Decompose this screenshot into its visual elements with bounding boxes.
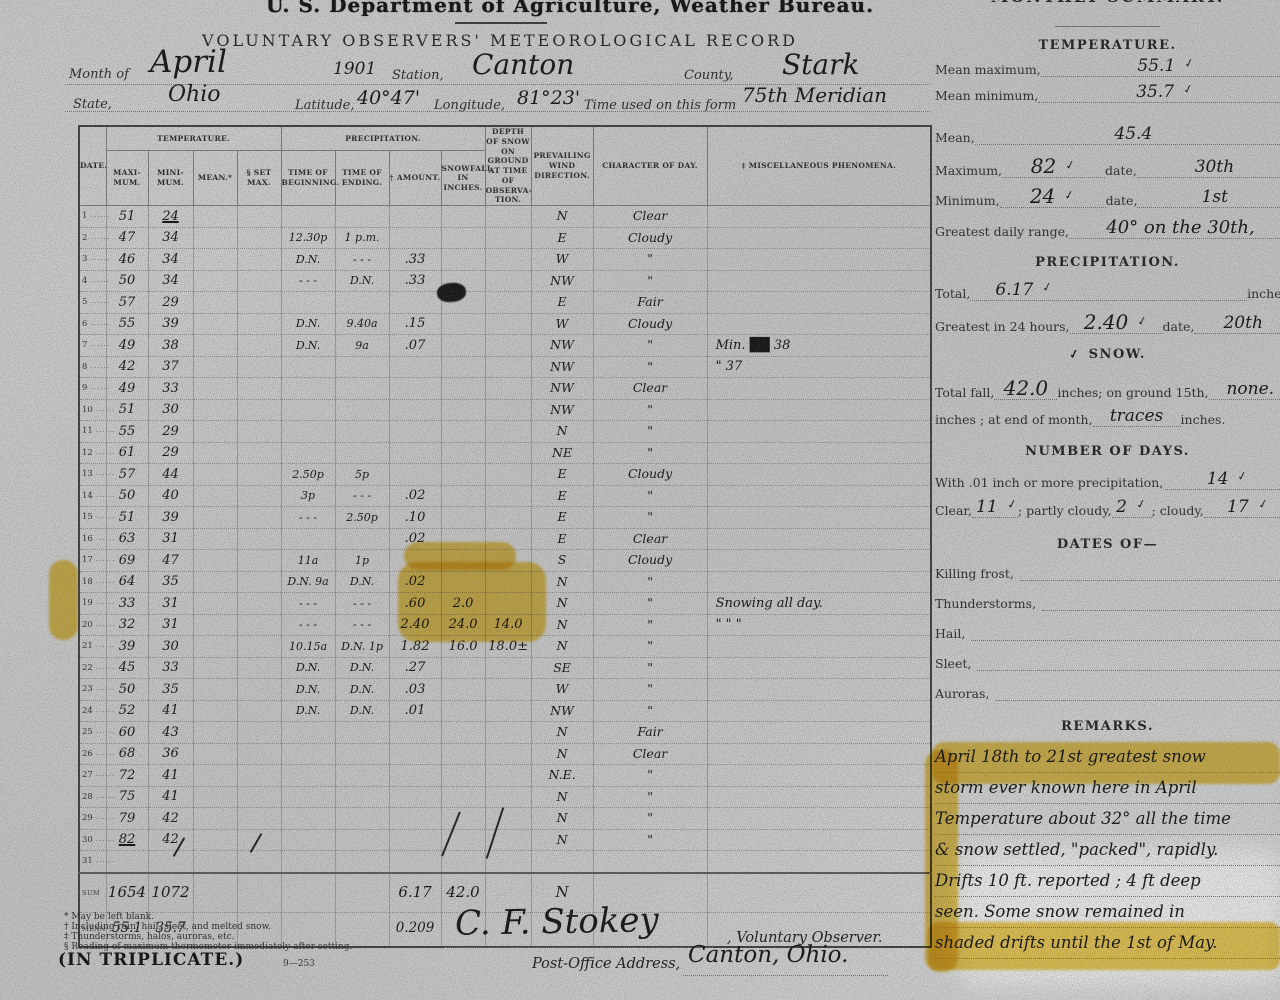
cell-sm <box>237 722 281 744</box>
cell-me <box>193 528 237 550</box>
cell-sf <box>441 786 485 808</box>
cell-am: 6.17 <box>389 873 441 913</box>
cell-ms: " " " <box>707 614 931 636</box>
col-group-precipitation: PRECIPITATION. <box>281 126 485 151</box>
cell-ms <box>707 292 931 314</box>
cell-ch: " <box>593 270 707 292</box>
cell-te <box>335 722 389 744</box>
cell-mn: 34 <box>148 249 193 271</box>
cell-tb: 12.30p <box>281 227 335 249</box>
col-header-amount: † AMOUNT. <box>389 151 441 206</box>
cell-me <box>193 292 237 314</box>
cell-am <box>389 851 441 873</box>
cell-sf <box>441 421 485 443</box>
cell-tb: D.N. <box>281 657 335 679</box>
cell-me <box>193 507 237 529</box>
cell-te <box>335 743 389 765</box>
cell-me <box>193 679 237 701</box>
cell-sf <box>441 808 485 830</box>
station-label: Station, <box>392 68 444 83</box>
cell-ms <box>707 270 931 292</box>
cell-ms: " 37 <box>707 356 931 378</box>
cell-dp <box>485 206 531 228</box>
cell-ch: " <box>593 657 707 679</box>
cell-d: 21 <box>79 636 106 658</box>
sleet-label: Sleet, <box>935 656 971 671</box>
cell-me <box>193 873 237 913</box>
precip-total-units: inches. <box>1247 286 1280 301</box>
table-row: 224533D.N.D.N..27SE" <box>79 657 931 679</box>
cell-ms <box>707 636 931 658</box>
cell-mn: 43 <box>148 722 193 744</box>
cell-am <box>389 808 441 830</box>
table-row: 1357442.50p5pECloudy <box>79 464 931 486</box>
cell-ch: Clear <box>593 743 707 765</box>
cell-sf <box>441 249 485 271</box>
cell-sf <box>441 765 485 787</box>
cell-dp <box>485 722 531 744</box>
precip-greatest-value: 2.40 <box>1070 312 1163 334</box>
cell-me <box>193 722 237 744</box>
cell-wd: W <box>531 313 593 335</box>
table-row: 245241D.N.D.N..01NW" <box>79 700 931 722</box>
cell-te <box>335 356 389 378</box>
cell-tb: D.N. <box>281 313 335 335</box>
snow-on-ground-value: none. <box>1209 381 1280 400</box>
cell-am: 0.209 <box>389 912 441 947</box>
cell-am <box>389 292 441 314</box>
cell-sm <box>237 421 281 443</box>
cell-sm <box>237 485 281 507</box>
cell-sm <box>237 292 281 314</box>
cell-sm <box>237 464 281 486</box>
cell-ch: " <box>593 421 707 443</box>
cell-tb <box>281 206 335 228</box>
cell-sm <box>237 851 281 873</box>
days-clear-value: 11 <box>972 499 1018 518</box>
cell-wd: NW <box>531 270 593 292</box>
days-cloudy-label: ; cloudy, <box>1152 503 1204 518</box>
latitude-value: 40°47' <box>357 87 420 109</box>
table-row: 55729EFair <box>79 292 931 314</box>
cell-d: Sum <box>79 873 106 913</box>
cell-am <box>389 421 441 443</box>
cell-dp <box>485 679 531 701</box>
cell-am <box>389 442 441 464</box>
footnote: † Including rain, hail, sleet, and melte… <box>64 922 352 932</box>
cell-sm <box>237 593 281 615</box>
cell-te <box>335 829 389 851</box>
cell-te: - - - <box>335 614 389 636</box>
state-label: State, <box>73 97 112 112</box>
cell-wd: NW <box>531 700 593 722</box>
cell-mx: 46 <box>106 249 148 271</box>
cell-tb <box>281 421 335 443</box>
cell-mx: 49 <box>106 335 148 357</box>
cell-ms <box>707 421 931 443</box>
dates-of-hail: Hail, <box>935 626 1280 641</box>
cell-ch: Clear <box>593 528 707 550</box>
minimum-date-value: 1st <box>1137 189 1280 208</box>
summary-title: MONTHLY SUMMARY. <box>935 0 1280 6</box>
cell-dp <box>485 378 531 400</box>
mean-minimum-label: Mean minimum, <box>935 88 1038 103</box>
cell-tb <box>281 399 335 421</box>
cell-me <box>193 270 237 292</box>
cell-me <box>193 614 237 636</box>
cell-ch: " <box>593 399 707 421</box>
cell-sm <box>237 206 281 228</box>
blank-line <box>971 626 1280 641</box>
mean-minimum-row: Mean minimum, 35.7 <box>935 84 1280 103</box>
cell-dp <box>485 743 531 765</box>
remarks-line: & snow settled, "packed", rapidly. <box>935 835 1280 866</box>
cell-mx: 57 <box>106 292 148 314</box>
cell-me <box>193 313 237 335</box>
cell-mn: 47 <box>148 550 193 572</box>
cell-te: D.N. <box>335 657 389 679</box>
cell-d: 29 <box>79 808 106 830</box>
cell-d: 8 <box>79 356 106 378</box>
cell-d: 31 <box>79 851 106 873</box>
cell-te: 1p <box>335 550 389 572</box>
mean-maximum-value: 55.1 <box>1041 58 1280 77</box>
mean-minimum-value: 35.7 <box>1038 84 1280 103</box>
cell-ch: " <box>593 700 707 722</box>
cell-me <box>193 851 237 873</box>
cell-dp <box>485 657 531 679</box>
cell-ch: Clear <box>593 378 707 400</box>
cell-mn: 33 <box>148 657 193 679</box>
cell-mx: 42 <box>106 356 148 378</box>
cell-dp <box>485 399 531 421</box>
cell-d: 30 <box>79 829 106 851</box>
remarks-line: shaded drifts until the 1st of May. <box>935 928 1280 959</box>
cell-ms <box>707 550 931 572</box>
cell-me <box>193 335 237 357</box>
blank-line <box>1020 566 1280 581</box>
cell-ms <box>707 829 931 851</box>
year-value: 1901 <box>333 59 376 79</box>
cell-mn: 34 <box>148 227 193 249</box>
cell-te: - - - <box>335 485 389 507</box>
cell-sm <box>237 636 281 658</box>
days-precip-label: With .01 inch or more precipitation, <box>935 475 1163 490</box>
cell-mx: 1654 <box>106 873 148 913</box>
cell-d: 2 <box>79 227 106 249</box>
mean-maximum-label: Mean maximum, <box>935 62 1041 77</box>
dates-of-thunderstorms: Thunderstorms, <box>935 596 1280 611</box>
thunderstorms-label: Thunderstorms, <box>935 596 1036 611</box>
cell-wd: N <box>531 743 593 765</box>
cell-ch: Fair <box>593 722 707 744</box>
cell-ch: " <box>593 571 707 593</box>
cell-dp <box>485 485 531 507</box>
cell-dp <box>485 270 531 292</box>
county-value: Stark <box>782 48 859 81</box>
cell-am: .33 <box>389 249 441 271</box>
cell-sf <box>441 399 485 421</box>
longitude-value: 81°23' <box>517 87 580 109</box>
cell-ch: Cloudy <box>593 313 707 335</box>
cell-wd: N.E. <box>531 765 593 787</box>
cell-mn: 41 <box>148 765 193 787</box>
cell-d: 14 <box>79 485 106 507</box>
cell-mx: 55 <box>106 313 148 335</box>
cell-am <box>389 829 441 851</box>
cell-sm <box>237 442 281 464</box>
time-used-value: 75th Meridian <box>742 83 887 107</box>
dates-of-auroras: Auroras, <box>935 686 1280 701</box>
highlight-left-margin <box>49 560 78 640</box>
cell-sm <box>237 313 281 335</box>
cell-te: 9a <box>335 335 389 357</box>
cell-ms <box>707 507 931 529</box>
col-header-misc: ‡ MISCELLANEOUS PHENOMENA. <box>707 126 931 206</box>
cell-sf <box>441 356 485 378</box>
cell-sm <box>237 528 281 550</box>
cell-tb <box>281 356 335 378</box>
cell-am: .02 <box>389 485 441 507</box>
cell-mn: 33 <box>148 378 193 400</box>
triplicate-note: (IN TRIPLICATE.) <box>58 950 244 970</box>
cell-te <box>335 808 389 830</box>
mean-row: Mean, 45.4 <box>935 126 1280 145</box>
cell-ch: " <box>593 356 707 378</box>
cell-d: 6 <box>79 313 106 335</box>
daily-range-row: Greatest daily range, 40° on the 30th, <box>935 219 1280 239</box>
cell-wd: N <box>531 206 593 228</box>
cell-mn: 24 <box>148 206 193 228</box>
snow-heading: SNOW. <box>935 347 1280 362</box>
cell-d: 15 <box>79 507 106 529</box>
cell-dp <box>485 249 531 271</box>
days-character-row: Clear, 11 ; partly cloudy, 2 ; cloudy, 1… <box>935 499 1280 518</box>
cell-tb: D.N. <box>281 700 335 722</box>
mean-label: Mean, <box>935 130 975 145</box>
cell-sm <box>237 270 281 292</box>
cell-te: - - - <box>335 593 389 615</box>
cell-te: 5p <box>335 464 389 486</box>
cell-mn: 31 <box>148 614 193 636</box>
remarks-line: storm ever known here in April <box>935 773 1280 804</box>
cell-mn: 42 <box>148 829 193 851</box>
cell-ms <box>707 378 931 400</box>
cell-tb: D.N. <box>281 249 335 271</box>
observer-signature: C. F. Stokey <box>455 900 659 944</box>
cell-te <box>335 528 389 550</box>
cell-ms <box>707 786 931 808</box>
cell-sm <box>237 507 281 529</box>
cell-wd: W <box>531 249 593 271</box>
cell-d: 11 <box>79 421 106 443</box>
cell-me <box>193 421 237 443</box>
cell-te: D.N. <box>335 700 389 722</box>
cell-ms <box>707 528 931 550</box>
cell-me <box>193 378 237 400</box>
cell-te <box>335 399 389 421</box>
footnotes: * May be left blank.† Including rain, ha… <box>64 912 352 952</box>
cell-me <box>193 227 237 249</box>
cell-ch: " <box>593 636 707 658</box>
cell-mn: 29 <box>148 292 193 314</box>
cell-wd: W <box>531 679 593 701</box>
cell-wd: E <box>531 507 593 529</box>
cell-ch: " <box>593 335 707 357</box>
table-row: 34634D.N.- - -.33W" <box>79 249 931 271</box>
table-row: 308242N" <box>79 829 931 851</box>
cell-mn: 37 <box>148 356 193 378</box>
month-value: April <box>150 44 227 80</box>
cell-d: 12 <box>79 442 106 464</box>
days-cloudy-value: 17 <box>1204 499 1280 518</box>
cell-mx: 47 <box>106 227 148 249</box>
dates-of-sleet: Sleet, <box>935 656 1280 671</box>
cell-dp <box>485 356 531 378</box>
snow-on-ground-label: inches; on ground 15th, <box>1057 385 1208 400</box>
cell-wd: N <box>531 808 593 830</box>
monthly-summary-panel: MONTHLY SUMMARY. TEMPERATURE. Mean maxim… <box>935 0 1280 1000</box>
po-address-line <box>683 975 888 976</box>
cell-d: 26 <box>79 743 106 765</box>
table-row: 126129NE" <box>79 442 931 464</box>
cell-sm <box>237 227 281 249</box>
cell-te: D.N. 1p <box>335 636 389 658</box>
highlight-table-main <box>398 562 546 642</box>
cell-d: 4 <box>79 270 106 292</box>
cell-d: 25 <box>79 722 106 744</box>
cell-dp <box>485 421 531 443</box>
cell-am: .15 <box>389 313 441 335</box>
cell-am: .27 <box>389 657 441 679</box>
cell-tb <box>281 722 335 744</box>
footnote: * May be left blank. <box>64 912 352 922</box>
cell-te: - - - <box>335 249 389 271</box>
cell-mn: 36 <box>148 743 193 765</box>
remarks-line: Drifts 10 ft. reported ; 4 ft deep <box>935 866 1280 897</box>
cell-me <box>193 206 237 228</box>
blank-line <box>1042 596 1280 611</box>
table-row: 65539D.N.9.40a.15WCloudy <box>79 313 931 335</box>
cell-dp <box>485 507 531 529</box>
cell-ms <box>707 808 931 830</box>
cell-ms <box>707 657 931 679</box>
cell-te: D.N. <box>335 679 389 701</box>
cell-dp <box>485 851 531 873</box>
snow-total-value: 42.0 <box>994 378 1057 400</box>
cell-mn: 42 <box>148 808 193 830</box>
cell-te <box>335 765 389 787</box>
cell-am <box>389 206 441 228</box>
table-row: 2473412.30p1 p.m.ECloudy <box>79 227 931 249</box>
agency-title: U. S. Department of Agriculture, Weather… <box>250 0 890 17</box>
cell-me <box>193 442 237 464</box>
cell-ms <box>707 679 931 701</box>
cell-sf <box>441 722 485 744</box>
cell-sf <box>441 507 485 529</box>
cell-me <box>193 571 237 593</box>
cell-wd: N <box>531 421 593 443</box>
cell-mn: 39 <box>148 507 193 529</box>
cell-d: 24 <box>79 700 106 722</box>
cell-te <box>335 442 389 464</box>
cell-ms <box>707 765 931 787</box>
cell-sf <box>441 743 485 765</box>
cell-am <box>389 356 441 378</box>
cell-ch: " <box>593 249 707 271</box>
remarks-heading: REMARKS. <box>935 719 1280 734</box>
cell-d: 18 <box>79 571 106 593</box>
cell-ms <box>707 227 931 249</box>
cell-me <box>193 765 237 787</box>
cell-mn: 31 <box>148 528 193 550</box>
cell-sf <box>441 679 485 701</box>
month-label: Month of <box>69 67 129 82</box>
cell-tb: - - - <box>281 614 335 636</box>
county-label: County, <box>684 68 734 83</box>
col-group-temperature: TEMPERATURE. <box>106 126 281 151</box>
cell-mx: 50 <box>106 270 148 292</box>
cell-sm <box>237 786 281 808</box>
cell-tb <box>281 829 335 851</box>
mean-value: 45.4 <box>975 126 1280 145</box>
minimum-label: Minimum, <box>935 193 1000 208</box>
days-partly-cloudy-value: 2 <box>1112 499 1152 518</box>
minimum-value: 24 <box>1000 186 1106 208</box>
cell-d: 23 <box>79 679 106 701</box>
days-precip-value: 14 <box>1163 471 1280 490</box>
maximum-row: Maximum, 82 date, 30th <box>935 156 1280 178</box>
cell-me <box>193 700 237 722</box>
cell-d: 16 <box>79 528 106 550</box>
table-row: 31 <box>79 851 931 873</box>
cell-me <box>193 593 237 615</box>
cell-d: 9 <box>79 378 106 400</box>
cell-tb <box>281 851 335 873</box>
cell-mn: 41 <box>148 786 193 808</box>
cell-ch: Fair <box>593 292 707 314</box>
cell-sm <box>237 657 281 679</box>
cell-sm <box>237 378 281 400</box>
cell-sf <box>441 657 485 679</box>
cell-dp <box>485 765 531 787</box>
cell-ch: Cloudy <box>593 464 707 486</box>
cell-me <box>193 249 237 271</box>
state-value: Ohio <box>168 82 221 107</box>
cell-d: 19 <box>79 593 106 615</box>
snow-total-row: Total fall, 42.0 inches; on ground 15th,… <box>935 378 1280 400</box>
cell-wd: N <box>531 636 593 658</box>
cell-me <box>193 786 237 808</box>
cell-ch: " <box>593 442 707 464</box>
blank-line <box>977 656 1280 671</box>
cell-ms <box>707 485 931 507</box>
cell-mn: 34 <box>148 270 193 292</box>
table-row: 235035D.N.D.N..03W" <box>79 679 931 701</box>
cell-wd: E <box>531 464 593 486</box>
col-header-snowfall: SNOWFALL IN INCHES. <box>441 151 485 206</box>
maximum-value: 82 <box>1002 156 1105 178</box>
cell-d: 17 <box>79 550 106 572</box>
remarks-line: Temperature about 32° all the time <box>935 804 1280 835</box>
hail-label: Hail, <box>935 626 965 641</box>
cell-dp <box>485 313 531 335</box>
precip-total-label: Total, <box>935 286 970 301</box>
cell-me <box>193 636 237 658</box>
cell-me <box>193 657 237 679</box>
cell-te <box>335 786 389 808</box>
table-row: 266836NClear <box>79 743 931 765</box>
